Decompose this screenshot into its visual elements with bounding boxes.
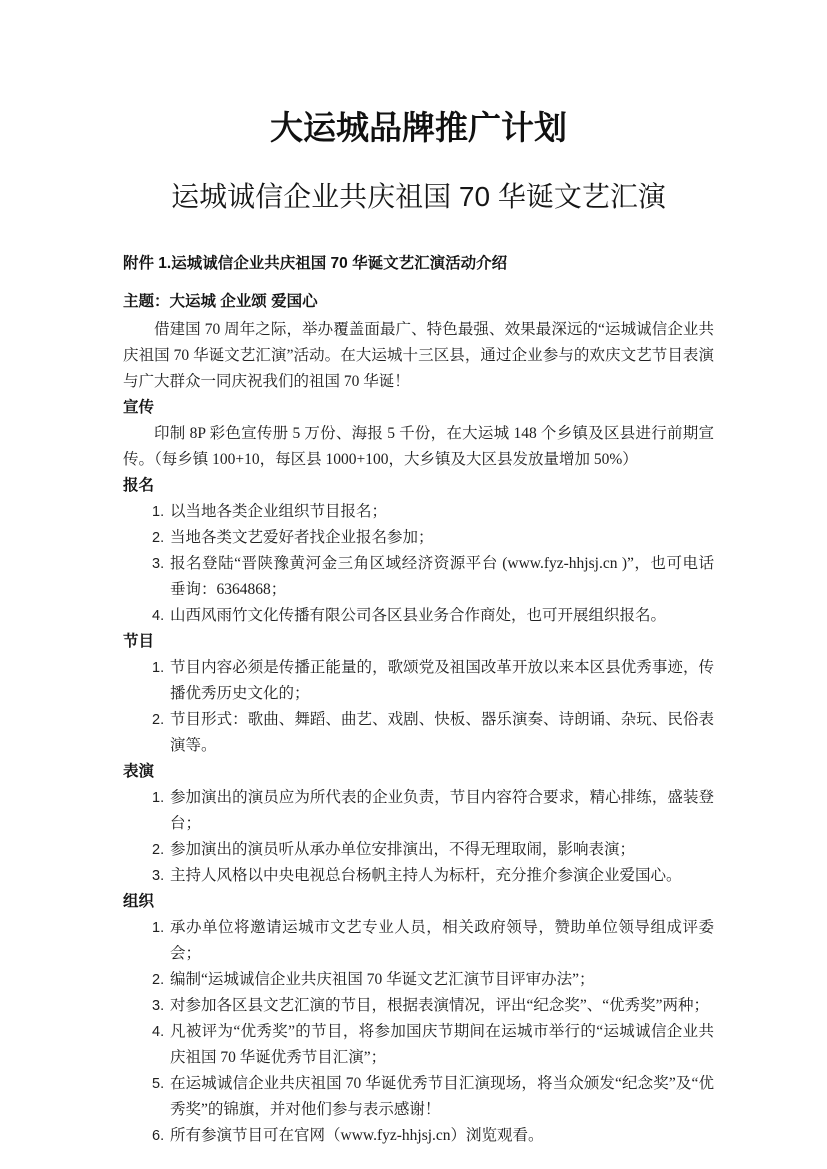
list-item-text: 节目内容必须是传播正能量的，歌颂党及祖国改革开放以来本区县优秀事迹，传播优秀历史… [170,655,714,707]
list-item: 1.参加演出的演员应为所代表的企业负责，节目内容符合要求，精心排练，盛装登台； [123,785,714,837]
section-heading: 宣传 [123,395,714,421]
list-item-number: 3. [152,551,170,603]
list-item-number: 3. [152,993,170,1019]
list-item-text: 承办单位将邀请运城市文艺专业人员，相关政府领导，赞助单位领导组成评委会； [170,915,714,967]
document-title: 大运城品牌推广计划 [123,105,714,151]
list-item-number: 1. [152,915,170,967]
section-heading: 报名 [123,473,714,499]
list-item: 1.承办单位将邀请运城市文艺专业人员，相关政府领导，赞助单位领导组成评委会； [123,915,714,967]
section: 组织1.承办单位将邀请运城市文艺专业人员，相关政府领导，赞助单位领导组成评委会；… [123,889,714,1149]
list-item: 1.以当地各类企业组织节目报名； [123,499,714,525]
list-item: 3.主持人风格以中央电视总台杨帆主持人为标杆，充分推介参演企业爱国心。 [123,863,714,889]
list-item: 2.编制“运城诚信企业共庆祖国 70 华诞文艺汇演节目评审办法”； [123,967,714,993]
list-item-number: 1. [152,655,170,707]
section: 报名1.以当地各类企业组织节目报名；2.当地各类文艺爱好者找企业报名参加；3.报… [123,473,714,629]
list-item-text: 报名登陆“晋陕豫黄河金三角区域经济资源平台 (www.fyz-hhjsj.cn … [170,551,714,603]
list-item-text: 参加演出的演员应为所代表的企业负责，节目内容符合要求，精心排练，盛装登台； [170,785,714,837]
theme-line: 主题：大运城 企业颂 爱国心 [123,289,714,315]
list-item: 1.节目内容必须是传播正能量的，歌颂党及祖国改革开放以来本区县优秀事迹，传播优秀… [123,655,714,707]
section-heading: 组织 [123,889,714,915]
document-subtitle: 运城诚信企业共庆祖国 70 华诞文艺汇演 [123,177,714,217]
list-item-text: 编制“运城诚信企业共庆祖国 70 华诞文艺汇演节目评审办法”； [170,967,714,993]
section: 表演1.参加演出的演员应为所代表的企业负责，节目内容符合要求，精心排练，盛装登台… [123,759,714,889]
list-item: 6.所有参演节目可在官网（www.fyz-hhjsj.cn）浏览观看。 [123,1123,714,1149]
list-item-text: 以当地各类企业组织节目报名； [170,499,714,525]
list-item: 3.对参加各区县文艺汇演的节目，根据表演情况，评出“纪念奖”、“优秀奖”两种； [123,993,714,1019]
section-heading: 节目 [123,629,714,655]
list-item-number: 1. [152,785,170,837]
list-item-number: 2. [152,837,170,863]
intro-paragraph: 借建国 70 周年之际，举办覆盖面最广、特色最强、效果最深远的“运城诚信企业共庆… [123,317,714,395]
list-item-number: 2. [152,707,170,759]
list-item-number: 4. [152,603,170,629]
list-item: 4.山西风雨竹文化传播有限公司各区县业务合作商处，也可开展组织报名。 [123,603,714,629]
list-item-number: 5. [152,1071,170,1123]
list-item: 4.凡被评为“优秀奖”的节目，将参加国庆节期间在运城市举行的“运城诚信企业共庆祖… [123,1019,714,1071]
list-item-number: 1. [152,499,170,525]
list-item: 3.报名登陆“晋陕豫黄河金三角区域经济资源平台 (www.fyz-hhjsj.c… [123,551,714,603]
list-item-text: 当地各类文艺爱好者找企业报名参加； [170,525,714,551]
section: 宣传印制 8P 彩色宣传册 5 万份、海报 5 千份，在大运城 148 个乡镇及… [123,395,714,473]
list-item-text: 节目形式：歌曲、舞蹈、曲艺、戏剧、快板、器乐演奏、诗朗诵、杂玩、民俗表演等。 [170,707,714,759]
list-item: 5.在运城诚信企业共庆祖国 70 华诞优秀节目汇演现场，将当众颁发“纪念奖”及“… [123,1071,714,1123]
section-paragraph: 印制 8P 彩色宣传册 5 万份、海报 5 千份，在大运城 148 个乡镇及区县… [123,421,714,473]
list-item-number: 2. [152,967,170,993]
list-item-text: 对参加各区县文艺汇演的节目，根据表演情况，评出“纪念奖”、“优秀奖”两种； [170,993,714,1019]
list-item: 2.当地各类文艺爱好者找企业报名参加； [123,525,714,551]
section: 节目1.节目内容必须是传播正能量的，歌颂党及祖国改革开放以来本区县优秀事迹，传播… [123,629,714,759]
list-item: 2.参加演出的演员听从承办单位安排演出，不得无理取闹，影响表演； [123,837,714,863]
list-item-text: 参加演出的演员听从承办单位安排演出，不得无理取闹，影响表演； [170,837,714,863]
sections-container: 宣传印制 8P 彩色宣传册 5 万份、海报 5 千份，在大运城 148 个乡镇及… [123,395,714,1149]
list-item-number: 3. [152,863,170,889]
list-item-text: 凡被评为“优秀奖”的节目，将参加国庆节期间在运城市举行的“运城诚信企业共庆祖国 … [170,1019,714,1071]
list-item-number: 4. [152,1019,170,1071]
list-item-text: 在运城诚信企业共庆祖国 70 华诞优秀节目汇演现场，将当众颁发“纪念奖”及“优秀… [170,1071,714,1123]
document-content: 大运城品牌推广计划 运城诚信企业共庆祖国 70 华诞文艺汇演 附件 1.运城诚信… [123,105,714,1149]
attachment-heading: 附件 1.运城诚信企业共庆祖国 70 华诞文艺汇演活动介绍 [123,251,714,277]
list-item-number: 6. [152,1123,170,1149]
document-page: 大运城品牌推广计划 运城诚信企业共庆祖国 70 华诞文艺汇演 附件 1.运城诚信… [0,0,827,1169]
list-item-text: 所有参演节目可在官网（www.fyz-hhjsj.cn）浏览观看。 [170,1123,714,1149]
list-item-number: 2. [152,525,170,551]
list-item-text: 主持人风格以中央电视总台杨帆主持人为标杆，充分推介参演企业爱国心。 [170,863,714,889]
list-item: 2.节目形式：歌曲、舞蹈、曲艺、戏剧、快板、器乐演奏、诗朗诵、杂玩、民俗表演等。 [123,707,714,759]
section-heading: 表演 [123,759,714,785]
list-item-text: 山西风雨竹文化传播有限公司各区县业务合作商处，也可开展组织报名。 [170,603,714,629]
